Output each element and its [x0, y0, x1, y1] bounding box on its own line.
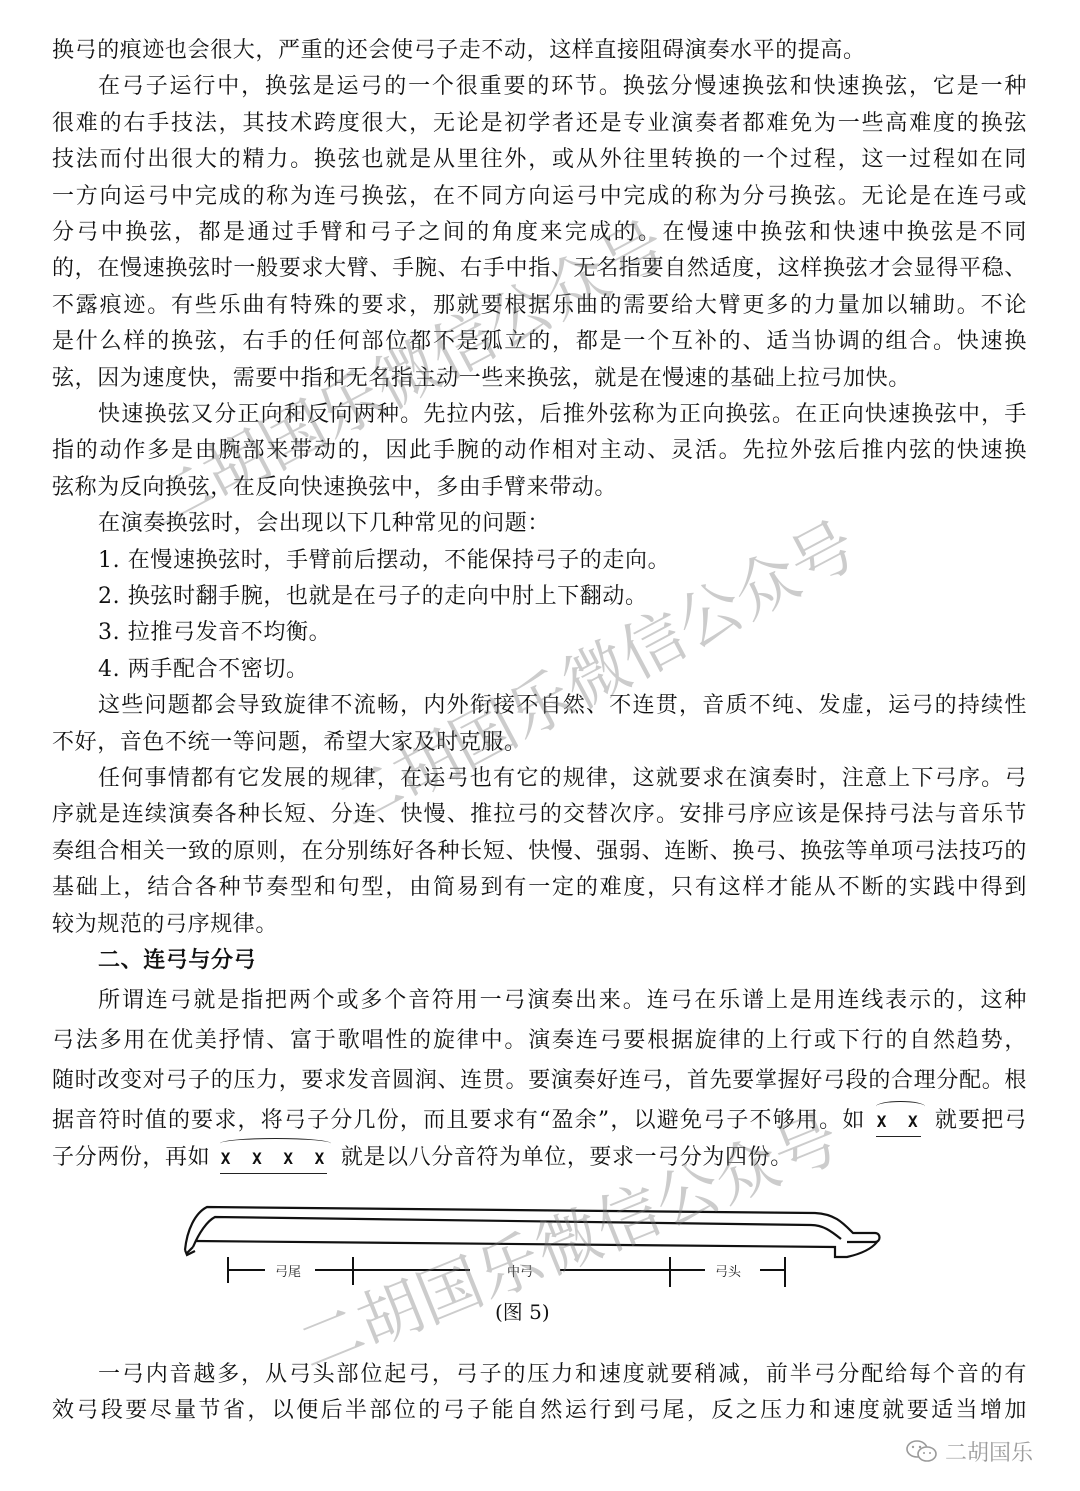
- text-span: 就是以八分音符为单位，要求一弓分为四份。: [341, 1145, 793, 1170]
- section-heading: 二、连弓与分弓: [98, 946, 398, 976]
- erhu-bow-illustration: [175, 1195, 885, 1295]
- text-span: 据音符时值的要求，将弓子分几份，而且要求有“盈余”，以避免弓子不够用。如: [52, 1108, 866, 1133]
- text-line: 较为规范的弓序规律。: [52, 910, 1027, 940]
- notation-line-2: 子分两份，再如 X X X X 就是以八分音符为单位，要求一弓分为四份。: [52, 1143, 1027, 1173]
- text-line: 在演奏换弦时，会出现以下几种常见的问题：: [98, 509, 1027, 539]
- text-line: 分弓中换弦，都是通过手臂和弓子之间的角度来完成的。在慢速中换弦和快速中换弦是不同: [52, 218, 1027, 248]
- text-line: 快速换弦又分正向和反向两种。先拉内弦，后推外弦称为正向换弦。在正向快速换弦中，手: [98, 400, 1027, 430]
- text-line: 一弓内音越多，从弓头部位起弓，弓子的压力和速度就要稍减，前半弓分配给每个音的有: [98, 1360, 1027, 1390]
- text-line: 2. 换弦时翻手腕，也就是在弓子的走向中肘上下翻动。: [98, 582, 1027, 612]
- text-line: 4. 两手配合不密切。: [98, 655, 1027, 685]
- text-line: 效弓段要尽量节省，以便后半部位的弓子能自然运行到弓尾，反之压力和速度就要适当增加: [52, 1396, 1027, 1426]
- text-span: 就要把弓: [935, 1108, 1027, 1133]
- bow-head-label: 弓头: [711, 1261, 745, 1280]
- text-line: 弦称为反向换弦，在反向快速换弦中，多由手臂来带动。: [52, 473, 1027, 503]
- text-line: 随时改变对弓子的压力，要求发音圆润、连贯。要演奏好连弓，首先要掌握好弓段的合理分…: [52, 1066, 1027, 1096]
- slur-notation-four-notes: X X X X: [218, 1144, 333, 1174]
- text-line: 奏组合相关一致的原则，在分别练好各种长短、快慢、强弱、连断、换弓、换弦等单项弓法…: [52, 837, 1027, 867]
- text-line: 技法而付出很大的精力。换弦也就是从里往外，或从外往里转换的一个过程，这一过程如在…: [52, 145, 1027, 175]
- bow-middle-label: 中弓: [503, 1261, 537, 1280]
- text-line: 指的动作多是由腕部来带动的，因此手腕的动作相对主动、灵活。先拉外弦后推内弦的快速…: [52, 436, 1027, 466]
- text-line: 是什么样的换弦，右手的任何部位都不是孤立的，都是一个互补的、适当协调的组合。快速…: [52, 327, 1027, 357]
- text-line: 不好，音色不统一等问题，希望大家及时克服。: [52, 728, 1027, 758]
- text-line: 一方向运弓中完成的称为连弓换弦，在不同方向运弓中完成的称为分弓换弦。无论是在连弓…: [52, 182, 1027, 212]
- text-line: 任何事情都有它发展的规律，在运弓也有它的规律，这就要求在演奏时，注意上下弓序。弓: [98, 764, 1027, 794]
- text-span: 子分两份，再如: [52, 1145, 210, 1170]
- scanned-page: 换弓的痕迹也会很大，严重的还会使弓子走不动，这样直接阻碍演奏水平的提高。在弓子运…: [0, 0, 1080, 1491]
- bow-tail-label: 弓尾: [271, 1261, 305, 1280]
- brand-name: 二胡国乐: [945, 1436, 1033, 1467]
- text-line: 1. 在慢速换弦时，手臂前后摆动，不能保持弓子的走向。: [98, 546, 1027, 576]
- text-line: 3. 拉推弓发音不均衡。: [98, 618, 1027, 648]
- text-line: 弓法多用在优美抒情、富于歌唱性的旋律中。演奏连弓要根据旋律的上行或下行的自然趋势…: [52, 1026, 1027, 1056]
- text-line: 弦，因为速度快，需要中指和无名指主动一些来换弦，就是在慢速的基础上拉弓加快。: [52, 364, 1027, 394]
- wechat-icon: [905, 1439, 939, 1465]
- figure-caption: (图 5): [495, 1296, 550, 1325]
- text-line: 不露痕迹。有些乐曲有特殊的要求，那就要根据乐曲的需要给大臂更多的力量加以辅助。不…: [52, 291, 1027, 321]
- text-line: 很难的右手技法，其技术跨度很大，无论是初学者还是专业演奏者都难免为一些高难度的换…: [52, 109, 1027, 139]
- notation-line-1: 据音符时值的要求，将弓子分几份，而且要求有“盈余”，以避免弓子不够用。如 X X…: [52, 1106, 1027, 1136]
- text-line: 这些问题都会导致旋律不流畅，内外衔接不自然、不连贯，音质不纯、发虚，运弓的持续性: [98, 691, 1027, 721]
- slur-notation-two-notes: X X: [874, 1107, 927, 1137]
- text-line: 基础上，结合各种节奏型和句型，由简易到有一定的难度，只有这样才能从不断的实践中得…: [52, 873, 1027, 903]
- text-line: 换弓的痕迹也会很大，严重的还会使弓子走不动，这样直接阻碍演奏水平的提高。: [52, 36, 1027, 66]
- brand-watermark: 二胡国乐: [905, 1436, 1033, 1467]
- text-line: 所谓连弓就是指把两个或多个音符用一弓演奏出来。连弓在乐谱上是用连线表示的，这种: [98, 986, 1027, 1016]
- text-line: 在弓子运行中，换弦是运弓的一个很重要的环节。换弦分慢速换弦和快速换弦，它是一种: [98, 72, 1027, 102]
- text-line: 序就是连续演奏各种长短、分连、快慢、推拉弓的交替次序。安排弓序应该是保持弓法与音…: [52, 800, 1027, 830]
- text-line: 的，在慢速换弦时一般要求大臂、手腕、右手中指、无名指要自然适度，这样换弦才会显得…: [52, 254, 1027, 284]
